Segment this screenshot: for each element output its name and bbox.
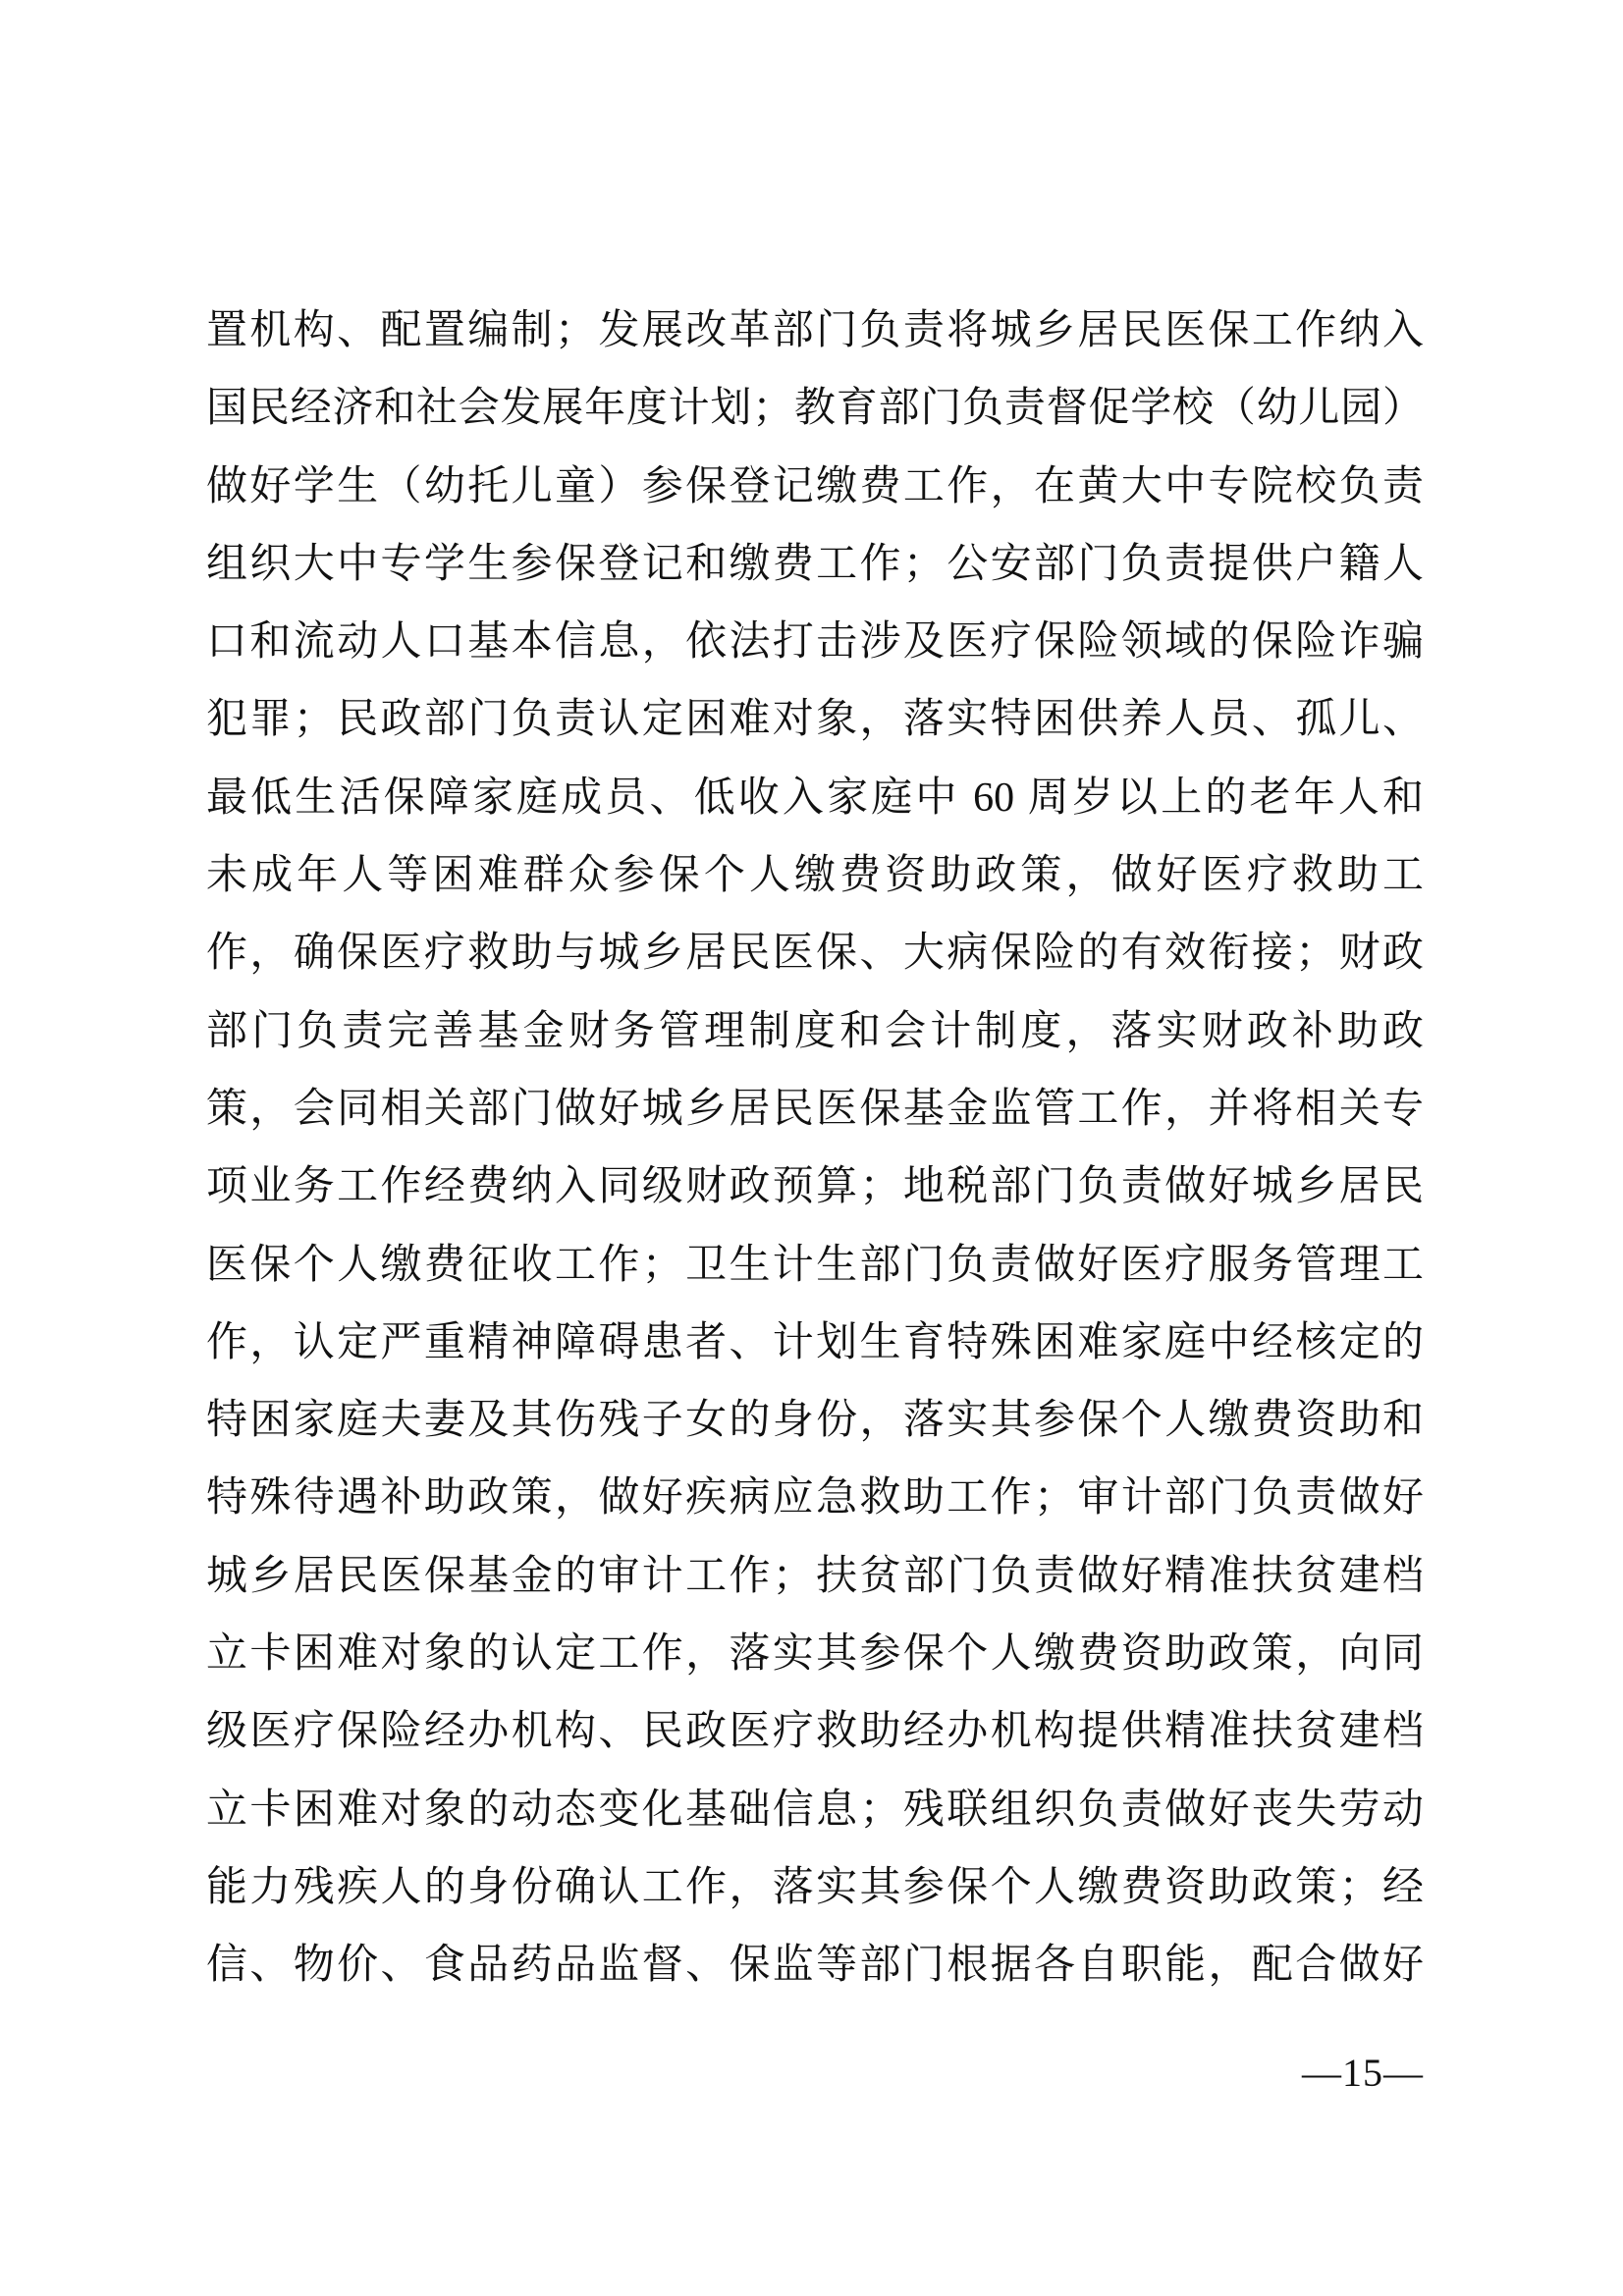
body-text-line: 组织大中专学生参保登记和缴费工作；公安部门负责提供户籍人 <box>206 526 1424 604</box>
body-text-line: 立卡困难对象的认定工作，落实其参保个人缴费资助政策，向同 <box>206 1616 1424 1693</box>
body-text-line: 做好学生（幼托儿童）参保登记缴费工作，在黄大中专院校负责 <box>206 449 1424 526</box>
document-page: 置机构、配置编制；发展改革部门负责将城乡居民医保工作纳入国民经济和社会发展年度计… <box>0 0 1623 2296</box>
body-text-line: 口和流动人口基本信息，依法打击涉及医疗保险领域的保险诈骗 <box>206 604 1424 681</box>
body-text-line: 项业务工作经费纳入同级财政预算；地税部门负责做好城乡居民 <box>206 1148 1424 1226</box>
body-text-line: 级医疗保险经办机构、民政医疗救助经办机构提供精准扶贫建档 <box>206 1693 1424 1771</box>
body-text-line: 作，确保医疗救助与城乡居民医保、大病保险的有效衔接；财政 <box>206 915 1424 992</box>
body-text-line: 能力残疾人的身份确认工作，落实其参保个人缴费资助政策；经 <box>206 1849 1424 1927</box>
body-text-line: 医保个人缴费征收工作；卫生计生部门负责做好医疗服务管理工 <box>206 1227 1424 1305</box>
body-text-line: 未成年人等困难群众参保个人缴费资助政策，做好医疗救助工 <box>206 837 1424 915</box>
body-text-line: 作，认定严重精神障碍患者、计划生育特殊困难家庭中经核定的 <box>206 1305 1424 1382</box>
body-text-line: 立卡困难对象的动态变化基础信息；残联组织负责做好丧失劳动 <box>206 1772 1424 1849</box>
body-text-line: 特殊待遇补助政策，做好疾病应急救助工作；审计部门负责做好 <box>206 1460 1424 1537</box>
body-text-line: 策，会同相关部门做好城乡居民医保基金监管工作，并将相关专 <box>206 1071 1424 1148</box>
body-text-line: 犯罪；民政部门负责认定困难对象，落实特困供养人员、孤儿、 <box>206 681 1424 759</box>
body-text-line: 最低生活保障家庭成员、低收入家庭中 60 周岁以上的老年人和 <box>206 760 1424 837</box>
page-number: —15— <box>1302 2050 1424 2097</box>
body-text: 置机构、配置编制；发展改革部门负责将城乡居民医保工作纳入国民经济和社会发展年度计… <box>206 293 1424 2005</box>
body-text-line: 置机构、配置编制；发展改革部门负责将城乡居民医保工作纳入 <box>206 293 1424 370</box>
body-text-line: 国民经济和社会发展年度计划；教育部门负责督促学校（幼儿园） <box>206 370 1424 448</box>
body-text-line: 城乡居民医保基金的审计工作；扶贫部门负责做好精准扶贫建档 <box>206 1538 1424 1616</box>
body-text-line: 信、物价、食品药品监督、保监等部门根据各自职能，配合做好 <box>206 1927 1424 2004</box>
body-text-line: 部门负责完善基金财务管理制度和会计制度，落实财政补助政 <box>206 993 1424 1071</box>
body-text-line: 特困家庭夫妻及其伤残子女的身份，落实其参保个人缴费资助和 <box>206 1382 1424 1460</box>
